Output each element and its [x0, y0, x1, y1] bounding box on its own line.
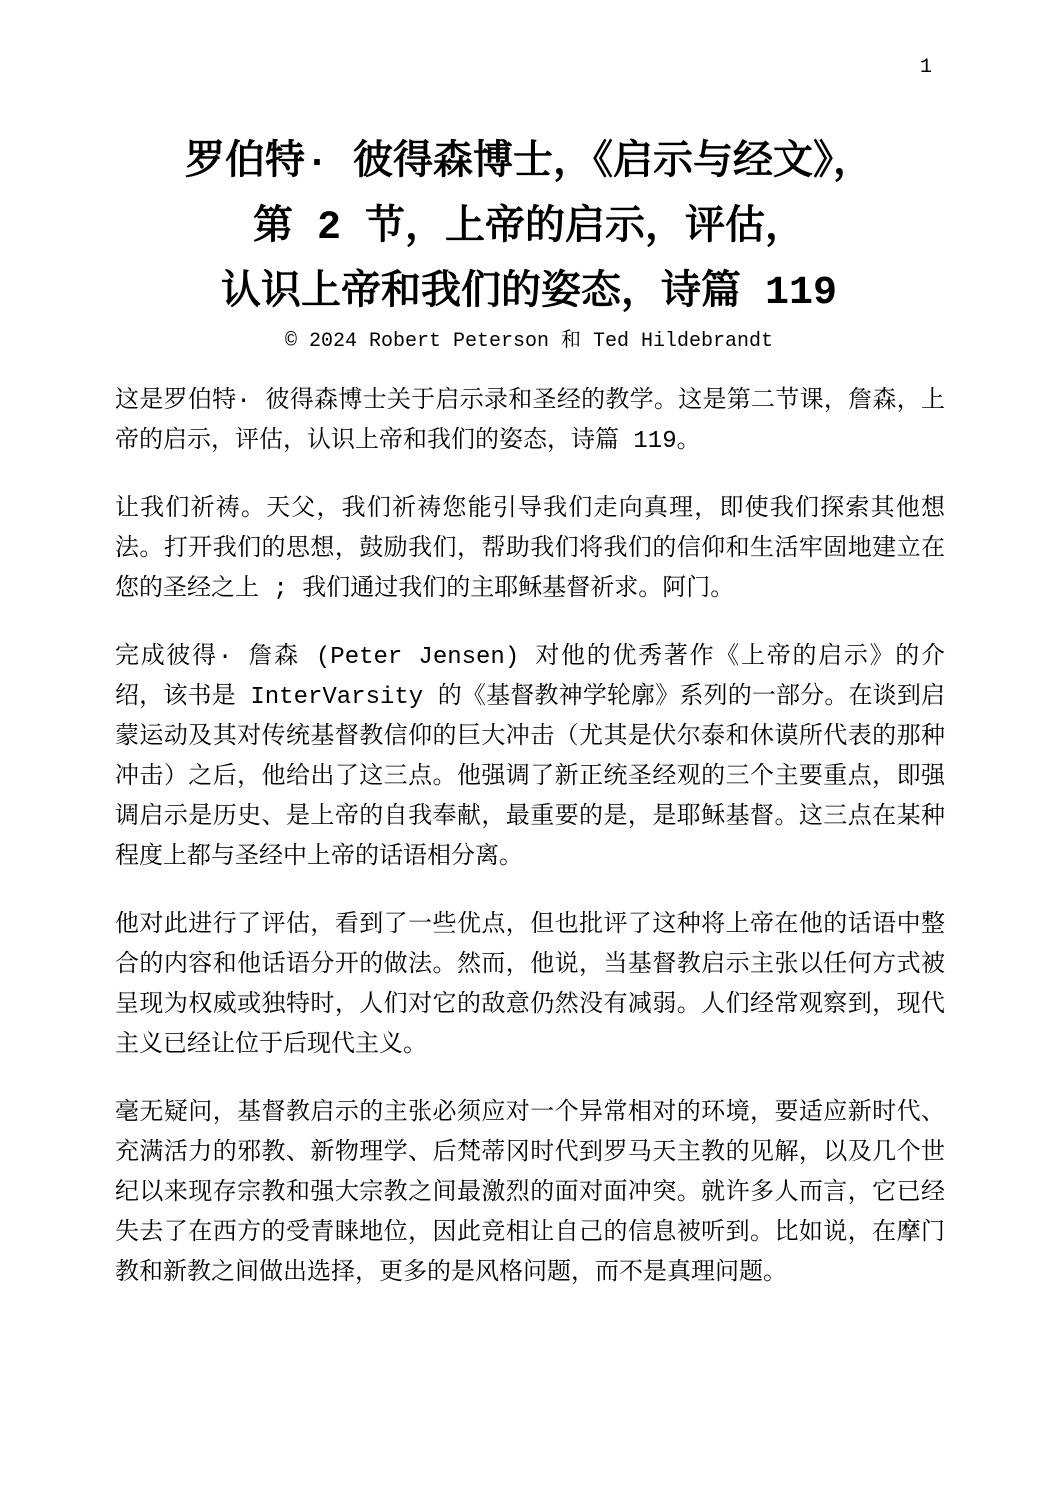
page-number: 1 — [920, 56, 932, 80]
title-line-2: 第 2 节，上帝的启示，评估， — [90, 196, 968, 261]
copyright-line: © 2024 Robert Peterson 和 Ted Hildebrandt — [90, 326, 968, 357]
paragraph-relativism: 毫无疑问，基督教启示的主张必须应对一个异常相对的环境，要适应新时代、充满活力的邪… — [115, 1094, 945, 1294]
paragraph-jensen-intro: 完成彼得· 詹森 (Peter Jensen) 对他的优秀著作《上帝的启示》的介… — [115, 638, 945, 878]
paragraph-intro: 这是罗伯特· 彼得森博士关于启示录和圣经的教学。这是第二节课，詹森，上帝的启示，… — [115, 382, 945, 462]
paragraph-prayer: 让我们祈祷。天父，我们祈祷您能引导我们走向真理，即使我们探索其他想法。打开我们的… — [115, 490, 945, 610]
document-body: 这是罗伯特· 彼得森博士关于启示录和圣经的教学。这是第二节课，詹森，上帝的启示，… — [115, 382, 945, 1294]
document-page: 1 罗伯特· 彼得森博士，《启示与经文》， 第 2 节，上帝的启示，评估， 认识… — [0, 0, 1058, 1497]
document-title: 罗伯特· 彼得森博士，《启示与经文》， 第 2 节，上帝的启示，评估， 认识上帝… — [90, 131, 968, 326]
title-line-1: 罗伯特· 彼得森博士，《启示与经文》， — [90, 131, 968, 196]
title-line-3: 认识上帝和我们的姿态，诗篇 119 — [90, 261, 968, 326]
paragraph-evaluation: 他对此进行了评估，看到了一些优点，但也批评了这种将上帝在他的话语中整合的内容和他… — [115, 906, 945, 1066]
